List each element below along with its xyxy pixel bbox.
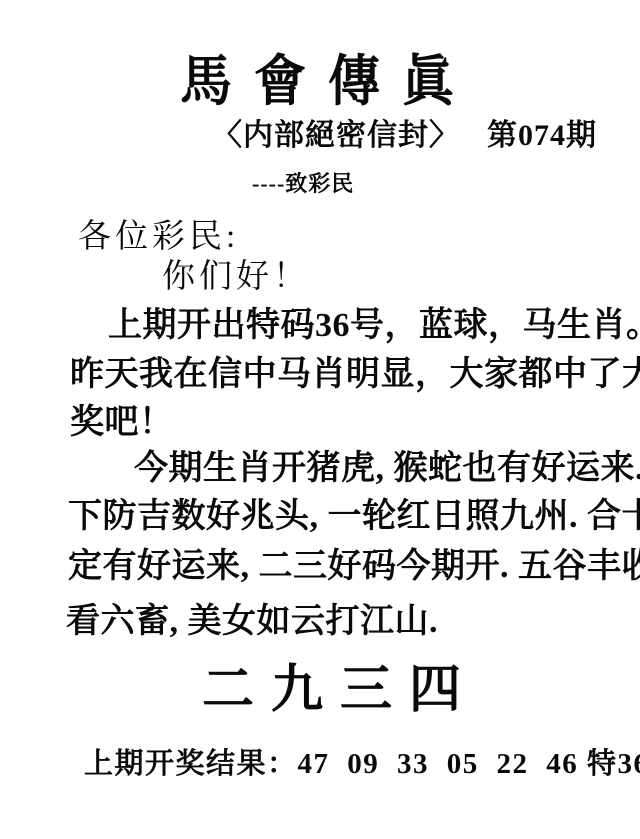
issue-number: 第074期 (487, 119, 597, 152)
previous-result-line: 上期开奖结果：47 09 33 05 22 46 特36 (84, 749, 640, 779)
issue-line: 〈内部絕密信封〉第074期 (212, 120, 597, 152)
letter-line-tip-zodiac: 今期生肖开猪虎, 猴蛇也有好运来. (134, 451, 640, 487)
opening-line: 你们好！ (162, 260, 310, 295)
salutation: ----致彩民 (252, 172, 354, 195)
fax-letter-page: 馬會傳眞 〈内部絕密信封〉第074期 ----致彩民 各位彩民: 你们好！ 上期… (0, 0, 640, 839)
letter-line: 奖吧！ (70, 405, 174, 441)
letter-line-last-draw: 上期开出特码36号，蓝球，马生肖。 (108, 308, 640, 344)
letter-line: 昨天我在信中马肖明显，大家都中了大 (70, 357, 640, 393)
greeting-line: 各位彩民: (78, 220, 239, 255)
letter-line: 下防吉数好兆头, 一轮红日照九州. 合十 (68, 499, 640, 535)
prediction-numbers: 二九三四 (202, 664, 478, 719)
envelope-label: 〈内部絕密信封〉 (212, 119, 460, 152)
previous-result-label: 上期开奖结果： (84, 748, 298, 780)
letter-line: 看六畜, 美女如云打江山. (66, 604, 438, 640)
masthead-title: 馬會傳眞 (180, 54, 476, 112)
previous-result-numbers: 47 09 33 05 22 46 (298, 748, 579, 780)
letter-line: 定有好运来, 二三好码今期开. 五谷丰收 (68, 549, 640, 585)
special-number: 特36 (587, 748, 640, 780)
